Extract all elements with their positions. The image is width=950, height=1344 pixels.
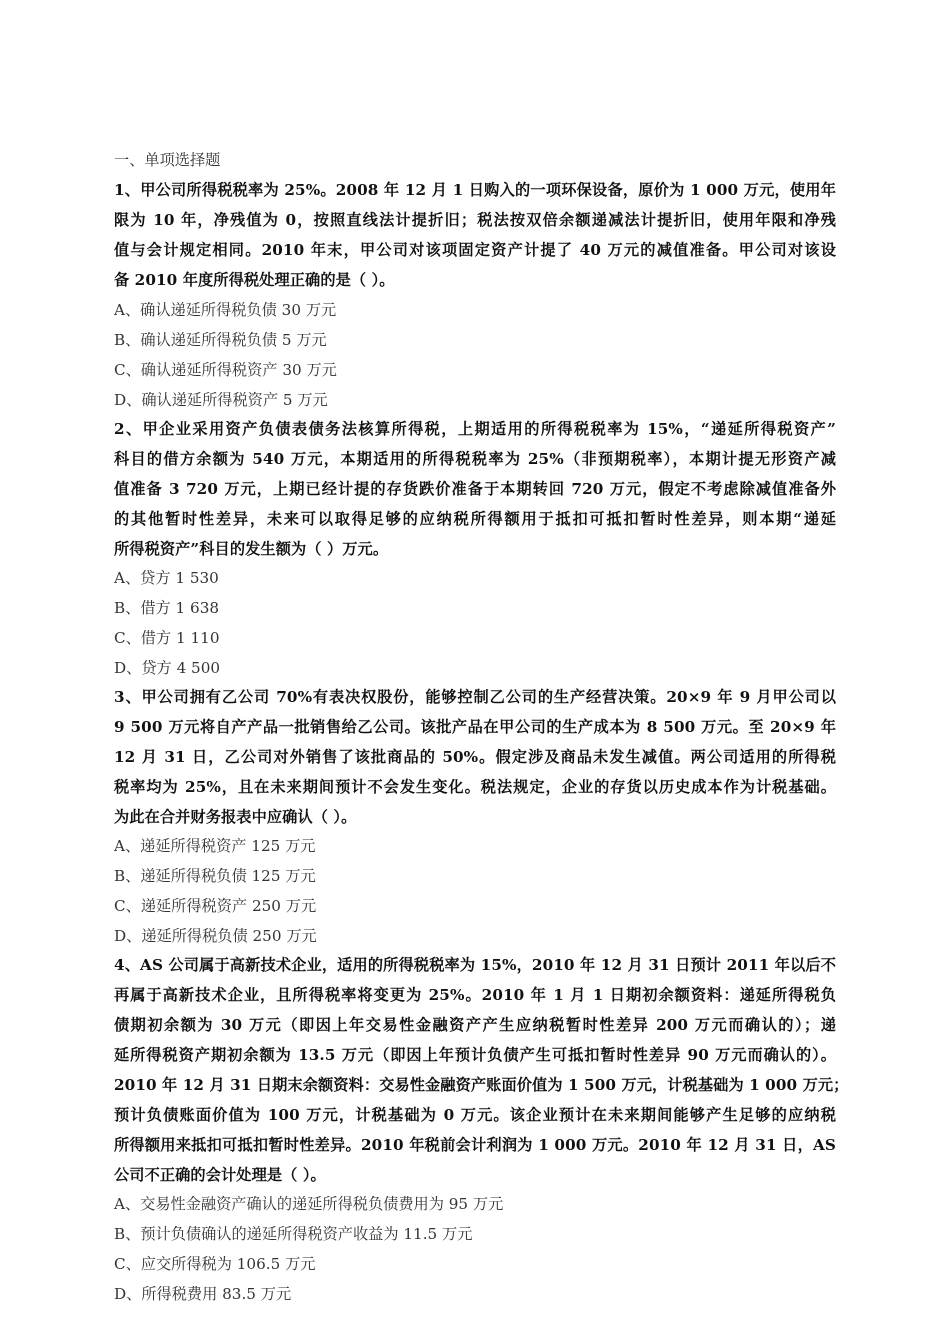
option-b: B、递延所得税负债 125 万元 [114, 864, 836, 888]
question-text-line: 债期初余额为 30 万元（即因上年交易性金融资产产生应纳税暂时性差异 200 万… [114, 1013, 836, 1037]
section-title: 一、单项选择题 [114, 148, 836, 172]
option-a: A、递延所得税资产 125 万元 [114, 834, 836, 858]
question-text-line: 税率均为 25%，且在未来期间预计不会发生变化。税法规定，企业的存货以历史成本作… [114, 775, 836, 799]
option-a: A、交易性金融资产确认的递延所得税负债费用为 95 万元 [114, 1192, 836, 1216]
question-text-line: 1、甲公司所得税税率为 25%。2008 年 12 月 1 日购入的一项环保设备… [114, 178, 836, 202]
option-d: D、所得税费用 83.5 万元 [114, 1282, 836, 1306]
question-text-line: 的其他暂时性差异，未来可以取得足够的应纳税所得额用于抵扣可抵扣暂时性差异，则本期… [114, 507, 836, 531]
option-d: D、递延所得税负债 250 万元 [114, 924, 836, 948]
option-a: A、贷方 1 530 [114, 566, 836, 590]
option-d: D、贷方 4 500 [114, 656, 836, 680]
question-text-line: 延所得税资产期初余额为 13.5 万元（即因上年预计负债产生可抵扣暂时性差异 9… [114, 1043, 836, 1067]
question-text-line: 为此在合并财务报表中应确认（ ）。 [114, 805, 836, 829]
option-b: B、借方 1 638 [114, 596, 836, 620]
option-c: C、借方 1 110 [114, 626, 836, 650]
question-text-line: 12 月 31 日，乙公司对外销售了该批商品的 50%。假定涉及商品未发生减值。… [114, 745, 836, 769]
question-text-line: 预计负债账面价值为 100 万元，计税基础为 0 万元。该企业预计在未来期间能够… [114, 1103, 836, 1127]
option-c: C、递延所得税资产 250 万元 [114, 894, 836, 918]
question-text-line: 备 2010 年度所得税处理正确的是（ ）。 [114, 268, 836, 292]
option-a: A、确认递延所得税负债 30 万元 [114, 298, 836, 322]
question-text-line: 限为 10 年，净残值为 0，按照直线法计提折旧；税法按双倍余额递减法计提折旧，… [114, 208, 836, 232]
question-text-line: 所得税资产”科目的发生额为（ ）万元。 [114, 537, 836, 561]
question-text-line: 所得额用来抵扣可抵扣暂时性差异。2010 年税前会计利润为 1 000 万元。2… [114, 1133, 836, 1157]
question-text-line: 9 500 万元将自产产品一批销售给乙公司。该批产品在甲公司的生产成本为 8 5… [114, 715, 836, 739]
document-page: 一、单项选择题 1、甲公司所得税税率为 25%。2008 年 12 月 1 日购… [0, 0, 950, 1344]
option-d: D、确认递延所得税资产 5 万元 [114, 388, 836, 412]
question-text-line: 3、甲公司拥有乙公司 70%有表决权股份，能够控制乙公司的生产经营决策。20×9… [114, 685, 836, 709]
option-b: B、预计负债确认的递延所得税资产收益为 11.5 万元 [114, 1222, 836, 1246]
question-text-line: 2010 年 12 月 31 日期末余额资料：交易性金融资产账面价值为 1 50… [114, 1073, 836, 1097]
question-text-line: 科目的借方余额为 540 万元，本期适用的所得税税率为 25%（非预期税率），本… [114, 447, 836, 471]
option-c: C、应交所得税为 106.5 万元 [114, 1252, 836, 1276]
question-text-line: 再属于高新技术企业，且所得税率将变更为 25%。2010 年 1 月 1 日期初… [114, 983, 836, 1007]
question-text-line: 值与会计规定相同。2010 年末，甲公司对该项固定资产计提了 40 万元的减值准… [114, 238, 836, 262]
question-text-line: 值准备 3 720 万元，上期已经计提的存货跌价准备于本期转回 720 万元，假… [114, 477, 836, 501]
option-c: C、确认递延所得税资产 30 万元 [114, 358, 836, 382]
question-text-line: 2、甲企业采用资产负债表债务法核算所得税，上期适用的所得税税率为 15%，“递延… [114, 417, 836, 441]
question-text-line: 4、AS 公司属于高新技术企业，适用的所得税税率为 15%，2010 年 12 … [114, 953, 836, 977]
option-b: B、确认递延所得税负债 5 万元 [114, 328, 836, 352]
question-text-line: 公司不正确的会计处理是（ ）。 [114, 1163, 836, 1187]
